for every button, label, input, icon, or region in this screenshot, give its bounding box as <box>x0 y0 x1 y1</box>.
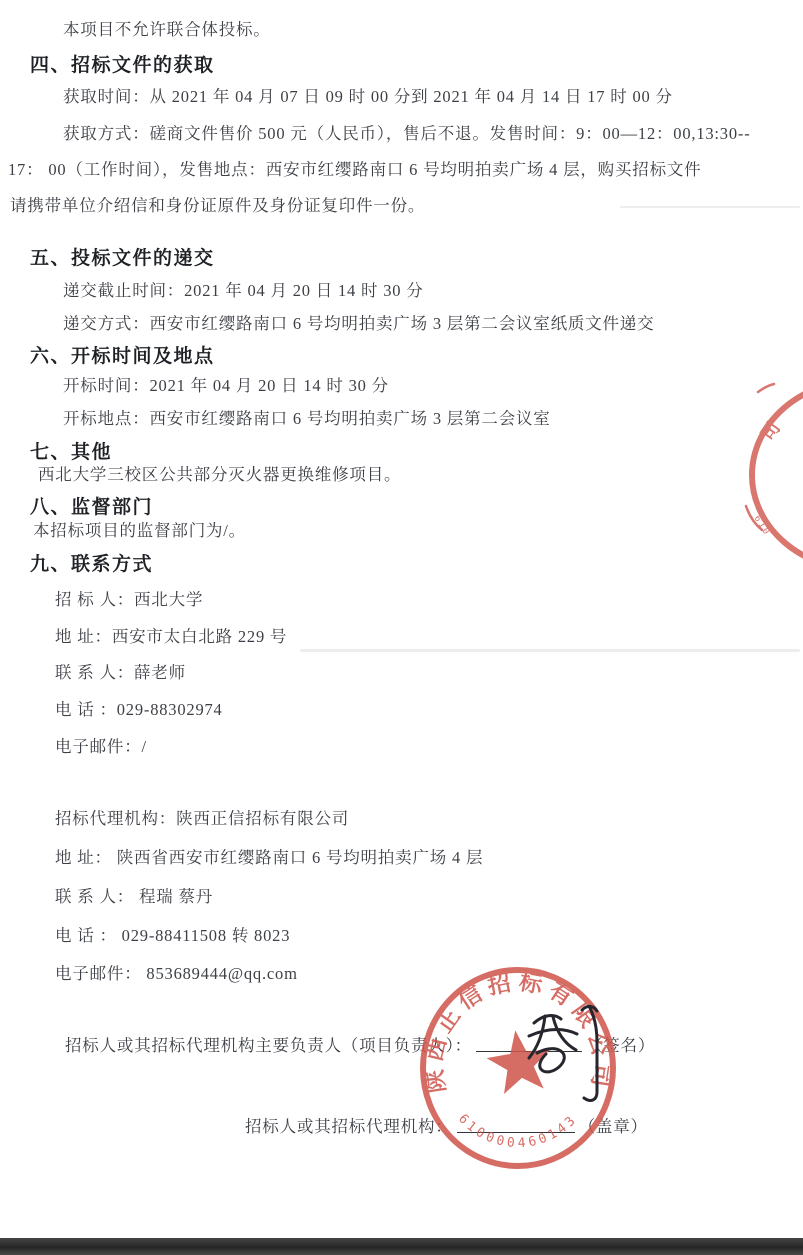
section9-heading: 九、联系方式 <box>30 549 153 576</box>
agency-contact-line: 联 系 人： 程瑞 蔡丹 <box>55 887 213 907</box>
scanned-tender-page: { "colors": { "stamp_red": "#d0544b", "s… <box>0 0 803 1255</box>
submit-deadline-line: 递交截止时间：2021 年 04 月 20 日 14 时 30 分 <box>63 281 424 301</box>
acquire-method-line: 获取方式：磋商文件售价 500 元（人民币），售后不退。发售时间：9：00—12… <box>63 124 751 144</box>
edge-seal-ring <box>752 380 803 570</box>
submit-method-line: 递交方式：西安市红缨路南口 6 号均明拍卖广场 3 层第二会议室纸质文件递交 <box>63 314 654 334</box>
section6-heading: 六、开标时间及地点 <box>30 341 215 368</box>
edge-seal-stroke <box>758 384 774 392</box>
tenderer-name-line: 招 标 人：西北大学 <box>55 590 203 610</box>
tenderer-contact-line: 联 系 人：薛老师 <box>55 663 186 683</box>
scan-artifact-streak <box>620 206 800 208</box>
supervision-line: 本招标项目的监督部门为/。 <box>33 521 246 541</box>
joint-bid-note: 本项目不允许联合体投标。 <box>63 20 271 40</box>
tenderer-phone-line: 电 话 ：029-88302974 <box>55 700 223 720</box>
open-time-line: 开标时间：2021 年 04 月 20 日 14 时 30 分 <box>63 376 389 396</box>
agency-phone-line: 电 话 ： 029-88411508 转 8023 <box>55 926 290 946</box>
section4-heading: 四、招标文件的获取 <box>30 50 215 77</box>
section7-heading: 七、其他 <box>30 437 112 464</box>
section5-heading: 五、投标文件的递交 <box>30 243 215 270</box>
project-name-line: 西北大学三校区公共部分灭火器更换维修项目。 <box>38 465 401 485</box>
stamp-credit-code: 610000460143 <box>455 1112 581 1152</box>
agency-address-line: 地 址： 陕西省西安市红缨路南口 6 号均明拍卖广场 4 层 <box>55 848 483 868</box>
tenderer-address-line: 地 址：西安市太白北路 229 号 <box>55 627 287 647</box>
tenderer-email-line: 电子邮件：/ <box>55 737 147 757</box>
edge-partial-seal: 司 610 <box>740 370 803 580</box>
handwritten-signature <box>520 998 620 1113</box>
agency-email-line: 电子邮件： 853689444@qq.com <box>55 964 298 984</box>
acquire-time-line: 获取时间：从 2021 年 04 月 07 日 09 时 00 分到 2021 … <box>63 87 673 107</box>
acquire-bring-note: 请携带单位介绍信和身份证原件及身份证复印件一份。 <box>10 196 425 216</box>
section8-heading: 八、监督部门 <box>30 492 153 519</box>
open-place-line: 开标地点：西安市红缨路南口 6 号均明拍卖广场 3 层第二会议室 <box>63 409 551 429</box>
page-bottom-edge <box>0 1238 803 1255</box>
agency-name-line: 招标代理机构：陕西正信招标有限公司 <box>55 809 349 829</box>
scan-artifact-streak <box>300 649 800 652</box>
acquire-method-wrap: 17： 00（工作时间），发售地点：西安市红缨路南口 6 号均明拍卖广场 4 层… <box>8 160 701 180</box>
svg-text:610000460143: 610000460143 <box>455 1112 581 1152</box>
